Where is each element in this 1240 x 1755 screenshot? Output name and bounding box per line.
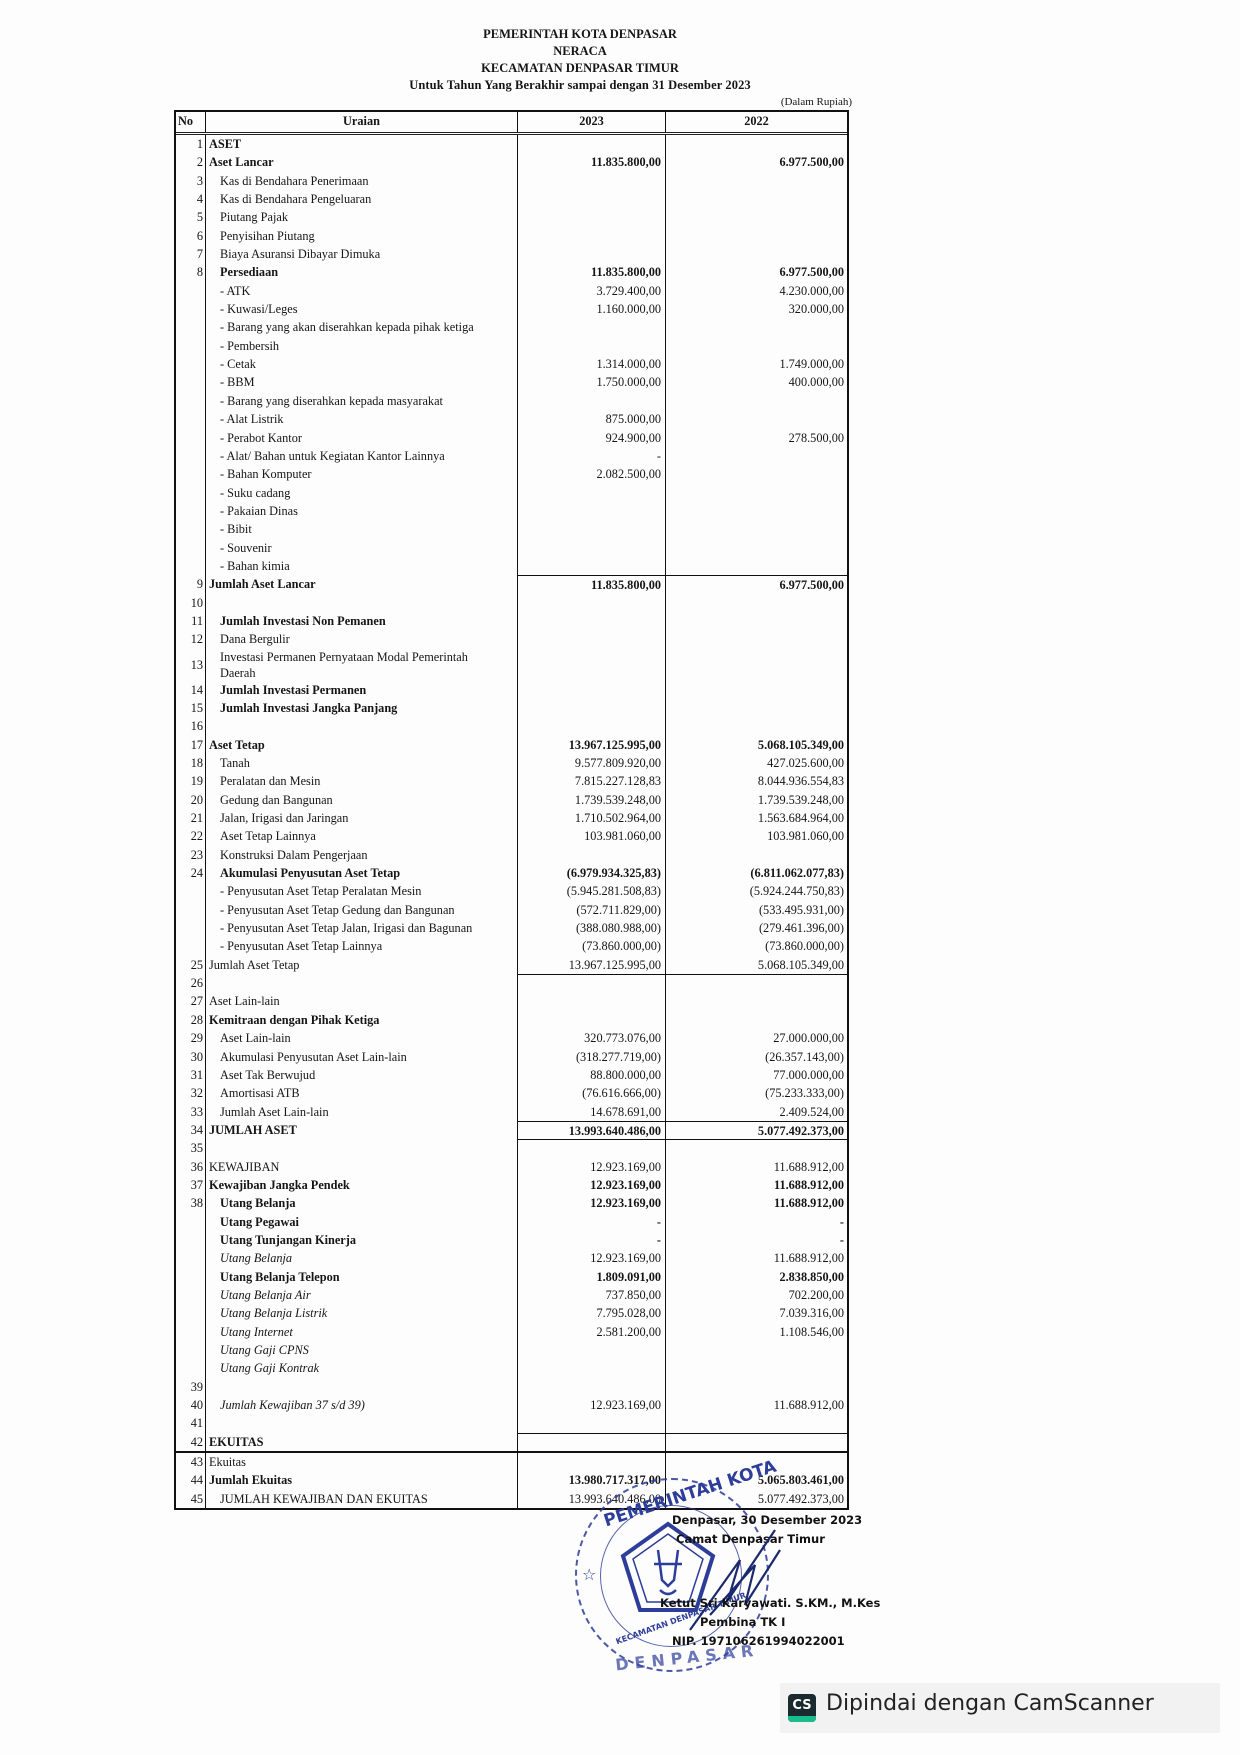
table-row: - Barang yang diserahkan kepada masyarak… [176, 392, 847, 410]
value-2022: - [666, 1231, 847, 1249]
value-2023: 2.082.500,00 [518, 465, 666, 483]
row-label: Dana Bergulir [206, 630, 518, 648]
row-label: - ATK [206, 282, 518, 300]
row-number [176, 539, 206, 557]
value-2022 [666, 447, 847, 465]
value-2023: 875.000,00 [518, 410, 666, 428]
value-2023 [518, 594, 666, 612]
table-row: 15Jumlah Investasi Jangka Panjang [176, 699, 847, 717]
row-label: Kewajiban Jangka Pendek [206, 1176, 518, 1194]
value-2023: 1.710.502.964,00 [518, 809, 666, 827]
table-row: - ATK3.729.400,004.230.000,00 [176, 282, 847, 300]
table-row: 27Aset Lain-lain [176, 992, 847, 1010]
row-label: - Cetak [206, 355, 518, 373]
value-2022 [666, 1011, 847, 1029]
row-label: Utang Internet [206, 1323, 518, 1341]
value-2022: 5.068.105.349,00 [666, 956, 847, 974]
value-2023: 11.835.800,00 [518, 263, 666, 281]
value-2023: 1.739.539.248,00 [518, 791, 666, 809]
row-number: 7 [176, 245, 206, 263]
table-row: 37Kewajiban Jangka Pendek12.923.169,0011… [176, 1176, 847, 1194]
row-label: Aset Lancar [206, 153, 518, 171]
row-number [176, 484, 206, 502]
signatory-name: Ketut Sri Karyawati. S.KM., M.Kes [660, 1596, 880, 1610]
column-header-no: No [176, 112, 206, 132]
value-2022 [666, 227, 847, 245]
table-row: - Souvenir [176, 539, 847, 557]
table-header-row: No Uraian 2023 2022 [176, 112, 847, 135]
table-row: 30Akumulasi Penyusutan Aset Lain-lain(31… [176, 1048, 847, 1066]
row-label: - Kuwasi/Leges [206, 300, 518, 318]
row-label: Akumulasi Penyusutan Aset Lain-lain [206, 1048, 518, 1066]
value-2022 [666, 245, 847, 263]
row-label: Investasi Permanen Pernyataan Modal Peme… [206, 649, 518, 681]
row-label: Gedung dan Bangunan [206, 791, 518, 809]
value-2023: (388.080.988,00) [518, 919, 666, 937]
row-label: Konstruksi Dalam Pengerjaan [206, 846, 518, 864]
value-2022: 400.000,00 [666, 373, 847, 391]
table-row: - Penyusutan Aset Tetap Lainnya(73.860.0… [176, 937, 847, 955]
row-label: - Alat/ Bahan untuk Kegiatan Kantor Lain… [206, 447, 518, 465]
table-row: - Bahan Komputer2.082.500,00 [176, 465, 847, 483]
row-number [176, 502, 206, 520]
value-2023: 9.577.809.920,00 [518, 754, 666, 772]
value-2023 [518, 245, 666, 263]
row-label: - Penyusutan Aset Tetap Gedung dan Bangu… [206, 901, 518, 919]
value-2022 [666, 465, 847, 483]
table-row: 35 [176, 1139, 847, 1157]
table-row: Utang Tunjangan Kinerja-- [176, 1231, 847, 1249]
row-number: 6 [176, 227, 206, 245]
document-subtitle-district: KECAMATAN DENPASAR TIMUR [300, 60, 860, 77]
row-label: Utang Belanja Air [206, 1286, 518, 1304]
value-2023: 1.809.091,00 [518, 1268, 666, 1286]
row-number [176, 901, 206, 919]
table-row: 13Investasi Permanen Pernyataan Modal Pe… [176, 649, 847, 681]
row-number: 20 [176, 791, 206, 809]
row-number: 24 [176, 864, 206, 882]
row-label: Utang Belanja Listrik [206, 1304, 518, 1322]
value-2023: 12.923.169,00 [518, 1249, 666, 1267]
row-number [176, 557, 206, 575]
value-2023: 1.160.000,00 [518, 300, 666, 318]
value-2023: 13.967.125.995,00 [518, 736, 666, 754]
row-label: - Pembersih [206, 337, 518, 355]
table-row: 21Jalan, Irigasi dan Jaringan1.710.502.9… [176, 809, 847, 827]
row-label: Peralatan dan Mesin [206, 772, 518, 790]
row-number: 22 [176, 827, 206, 845]
row-number [176, 392, 206, 410]
value-2023: 1.750.000,00 [518, 373, 666, 391]
value-2023 [518, 520, 666, 538]
stamp-star-icon: ☆ [582, 1565, 596, 1584]
table-row: 4Kas di Bendahara Pengeluaran [176, 190, 847, 208]
value-2023 [518, 318, 666, 336]
row-number [176, 1341, 206, 1359]
row-number [176, 520, 206, 538]
row-label: Jumlah Aset Tetap [206, 956, 518, 974]
row-number: 8 [176, 263, 206, 281]
row-number [176, 355, 206, 373]
row-number: 10 [176, 594, 206, 612]
value-2022 [666, 557, 847, 575]
value-2023: (6.979.934.325,83) [518, 864, 666, 882]
value-2022 [666, 520, 847, 538]
row-label: Utang Gaji CPNS [206, 1341, 518, 1359]
value-2023: (318.277.719,00) [518, 1048, 666, 1066]
value-2023: 1.314.000,00 [518, 355, 666, 373]
row-label: Utang Gaji Kontrak [206, 1359, 518, 1377]
row-number: 44 [176, 1471, 206, 1489]
table-row: 33Jumlah Aset Lain-lain14.678.691,002.40… [176, 1103, 847, 1121]
row-number: 1 [176, 135, 206, 153]
row-number [176, 410, 206, 428]
value-2023 [518, 557, 666, 575]
row-number: 27 [176, 992, 206, 1010]
value-2023: 14.678.691,00 [518, 1103, 666, 1121]
row-label: - Barang yang akan diserahkan kepada pih… [206, 318, 518, 336]
row-label: JUMLAH KEWAJIBAN DAN EKUITAS [206, 1490, 518, 1508]
value-2022: 6.977.500,00 [666, 575, 847, 593]
value-2023 [518, 681, 666, 699]
value-2022 [666, 1341, 847, 1359]
value-2023 [518, 717, 666, 735]
table-row: 28Kemitraan dengan Pihak Ketiga [176, 1011, 847, 1029]
value-2023: (5.945.281.508,83) [518, 882, 666, 900]
table-row: 1ASET [176, 135, 847, 153]
value-2022 [666, 612, 847, 630]
value-2022 [666, 699, 847, 717]
value-2022: (75.233.333,00) [666, 1084, 847, 1102]
row-number: 28 [176, 1011, 206, 1029]
value-2022 [666, 681, 847, 699]
value-2022: 6.977.500,00 [666, 263, 847, 281]
value-2022 [666, 846, 847, 864]
value-2023 [518, 846, 666, 864]
balance-sheet-table: No Uraian 2023 2022 1ASET2Aset Lancar11.… [174, 110, 849, 1510]
value-2023 [518, 1359, 666, 1377]
value-2022 [666, 974, 847, 992]
row-number: 31 [176, 1066, 206, 1084]
value-2023: 11.835.800,00 [518, 153, 666, 171]
row-label: Utang Belanja [206, 1194, 518, 1212]
value-2022 [666, 717, 847, 735]
row-label: Jumlah Investasi Jangka Panjang [206, 699, 518, 717]
value-2022: 77.000.000,00 [666, 1066, 847, 1084]
row-number: 25 [176, 956, 206, 974]
value-2023: 2.581.200,00 [518, 1323, 666, 1341]
table-row: 39 [176, 1378, 847, 1396]
table-row: 2Aset Lancar11.835.800,006.977.500,00 [176, 153, 847, 171]
value-2022: 103.981.060,00 [666, 827, 847, 845]
row-label: - Bahan kimia [206, 557, 518, 575]
value-2023: 7.795.028,00 [518, 1304, 666, 1322]
row-number: 19 [176, 772, 206, 790]
value-2023: 12.923.169,00 [518, 1158, 666, 1176]
value-2023 [518, 699, 666, 717]
value-2022: 320.000,00 [666, 300, 847, 318]
row-number: 16 [176, 717, 206, 735]
row-label: Piutang Pajak [206, 208, 518, 226]
table-row: - Bahan kimia [176, 557, 847, 575]
value-2023: 13.993.640.486,00 [518, 1121, 666, 1139]
row-label: Aset Lain-lain [206, 992, 518, 1010]
value-2022 [666, 1414, 847, 1432]
value-2023: 12.923.169,00 [518, 1194, 666, 1212]
row-number: 30 [176, 1048, 206, 1066]
row-number: 36 [176, 1158, 206, 1176]
row-number: 13 [176, 649, 206, 681]
row-number: 39 [176, 1378, 206, 1396]
table-row: 3Kas di Bendahara Penerimaan [176, 172, 847, 190]
row-number: 35 [176, 1139, 206, 1157]
table-row: 32Amortisasi ATB(76.616.666,00)(75.233.3… [176, 1084, 847, 1102]
value-2022 [666, 1139, 847, 1157]
row-number: 34 [176, 1121, 206, 1139]
table-row: 5Piutang Pajak [176, 208, 847, 226]
row-label [206, 1414, 518, 1432]
row-label: Aset Tetap [206, 736, 518, 754]
value-2022 [666, 992, 847, 1010]
row-number: 37 [176, 1176, 206, 1194]
row-number: 14 [176, 681, 206, 699]
value-2023 [518, 1378, 666, 1396]
row-number [176, 318, 206, 336]
value-2022 [666, 172, 847, 190]
row-number [176, 337, 206, 355]
signatory-rank: Pembina TK I [700, 1615, 785, 1629]
value-2022: 278.500,00 [666, 429, 847, 447]
row-label: ASET [206, 135, 518, 153]
row-label: Jumlah Kewajiban 37 s/d 39) [206, 1396, 518, 1414]
row-number [176, 429, 206, 447]
value-2022: 11.688.912,00 [666, 1176, 847, 1194]
value-2023: - [518, 447, 666, 465]
table-row: 11Jumlah Investasi Non Pemanen [176, 612, 847, 630]
row-label: Kemitraan dengan Pihak Ketiga [206, 1011, 518, 1029]
row-number: 15 [176, 699, 206, 717]
row-label: Ekuitas [206, 1453, 518, 1471]
table-row: - Kuwasi/Leges1.160.000,00320.000,00 [176, 300, 847, 318]
row-label: - Alat Listrik [206, 410, 518, 428]
table-row: - Barang yang akan diserahkan kepada pih… [176, 318, 847, 336]
row-label [206, 1378, 518, 1396]
table-row: - Penyusutan Aset Tetap Peralatan Mesin(… [176, 882, 847, 900]
table-row: Utang Belanja Listrik7.795.028,007.039.3… [176, 1304, 847, 1322]
row-number: 33 [176, 1103, 206, 1121]
row-label: - Pakaian Dinas [206, 502, 518, 520]
row-label: JUMLAH ASET [206, 1121, 518, 1139]
value-2022 [666, 337, 847, 355]
table-row: Utang Gaji Kontrak [176, 1359, 847, 1377]
value-2022: 8.044.936.554,83 [666, 772, 847, 790]
value-2023 [518, 337, 666, 355]
row-number: 3 [176, 172, 206, 190]
value-2023: - [518, 1213, 666, 1231]
table-row: - Alat Listrik875.000,00 [176, 410, 847, 428]
table-row: Utang Belanja Telepon1.809.091,002.838.8… [176, 1268, 847, 1286]
row-number: 42 [176, 1433, 206, 1451]
table-row: 41 [176, 1414, 847, 1432]
row-number: 38 [176, 1194, 206, 1212]
value-2023 [518, 992, 666, 1010]
table-row: 23Konstruksi Dalam Pengerjaan [176, 846, 847, 864]
value-2022 [666, 190, 847, 208]
table-row: 16 [176, 717, 847, 735]
row-label: Tanah [206, 754, 518, 772]
row-number [176, 1213, 206, 1231]
table-row: Utang Belanja Air737.850,00702.200,00 [176, 1286, 847, 1304]
table-row: - Pembersih [176, 337, 847, 355]
table-row: 40Jumlah Kewajiban 37 s/d 39)12.923.169,… [176, 1396, 847, 1414]
table-row: - Penyusutan Aset Tetap Gedung dan Bangu… [176, 901, 847, 919]
value-2023 [518, 1011, 666, 1029]
row-number: 17 [176, 736, 206, 754]
value-2022: 11.688.912,00 [666, 1396, 847, 1414]
table-row: 8Persediaan11.835.800,006.977.500,00 [176, 263, 847, 281]
table-row: 12Dana Bergulir [176, 630, 847, 648]
row-label: Utang Belanja [206, 1249, 518, 1267]
column-header-2022: 2022 [666, 112, 847, 132]
value-2023: 3.729.400,00 [518, 282, 666, 300]
row-label: Amortisasi ATB [206, 1084, 518, 1102]
value-2023: (76.616.666,00) [518, 1084, 666, 1102]
table-row: 7Biaya Asuransi Dibayar Dimuka [176, 245, 847, 263]
value-2022: 1.749.000,00 [666, 355, 847, 373]
camscanner-watermark-text: Dipindai dengan CamScanner [826, 1691, 1154, 1716]
value-2023 [518, 649, 666, 681]
row-number [176, 373, 206, 391]
table-row: 19Peralatan dan Mesin7.815.227.128,838.0… [176, 772, 847, 790]
value-2023 [518, 190, 666, 208]
value-2022 [666, 1433, 847, 1451]
row-label: - Bibit [206, 520, 518, 538]
value-2023 [518, 1139, 666, 1157]
row-label: Jalan, Irigasi dan Jaringan [206, 809, 518, 827]
row-number: 32 [176, 1084, 206, 1102]
value-2023 [518, 172, 666, 190]
value-2022 [666, 502, 847, 520]
row-number: 26 [176, 974, 206, 992]
table-row: 36KEWAJIBAN12.923.169,0011.688.912,00 [176, 1158, 847, 1176]
value-2023 [518, 208, 666, 226]
table-row: 45JUMLAH KEWAJIBAN DAN EKUITAS13.993.640… [176, 1490, 847, 1508]
row-number [176, 1249, 206, 1267]
table-row: 9Jumlah Aset Lancar11.835.800,006.977.50… [176, 575, 847, 593]
value-2022 [666, 410, 847, 428]
row-label: Utang Belanja Telepon [206, 1268, 518, 1286]
table-row: 17Aset Tetap13.967.125.995,005.068.105.3… [176, 736, 847, 754]
row-label: Biaya Asuransi Dibayar Dimuka [206, 245, 518, 263]
row-number: 21 [176, 809, 206, 827]
row-label: EKUITAS [206, 1433, 518, 1451]
column-header-2023: 2023 [518, 112, 666, 132]
row-number: 45 [176, 1490, 206, 1508]
table-row: Utang Internet2.581.200,001.108.546,00 [176, 1323, 847, 1341]
value-2023: 11.835.800,00 [518, 575, 666, 593]
table-row: 26 [176, 974, 847, 992]
table-row: - Pakaian Dinas [176, 502, 847, 520]
row-label: - Penyusutan Aset Tetap Peralatan Mesin [206, 882, 518, 900]
value-2023 [518, 1453, 666, 1471]
row-label: Jumlah Investasi Non Pemanen [206, 612, 518, 630]
value-2022: 11.688.912,00 [666, 1249, 847, 1267]
value-2023: 12.923.169,00 [518, 1396, 666, 1414]
value-2022: (73.860.000,00) [666, 937, 847, 955]
value-2023 [518, 630, 666, 648]
row-number: 4 [176, 190, 206, 208]
row-number: 43 [176, 1453, 206, 1471]
value-2023 [518, 1414, 666, 1432]
row-number: 29 [176, 1029, 206, 1047]
row-label: Aset Tak Berwujud [206, 1066, 518, 1084]
value-2023: 320.773.076,00 [518, 1029, 666, 1047]
value-2022 [666, 594, 847, 612]
value-2023 [518, 135, 666, 153]
row-number: 9 [176, 575, 206, 593]
value-2023: 7.815.227.128,83 [518, 772, 666, 790]
value-2022: 7.039.316,00 [666, 1304, 847, 1322]
value-2022 [666, 208, 847, 226]
row-number [176, 1304, 206, 1322]
value-2022: (6.811.062.077,83) [666, 864, 847, 882]
value-2023: - [518, 1231, 666, 1249]
value-2023: 88.800.000,00 [518, 1066, 666, 1084]
table-row: - Perabot Kantor924.900,00278.500,00 [176, 429, 847, 447]
scanned-document-page: PEMERINTAH KOTA DENPASAR NERACA KECAMATA… [0, 0, 1240, 1755]
document-title: NERACA [300, 43, 860, 60]
table-row: - Cetak1.314.000,001.749.000,00 [176, 355, 847, 373]
row-label: Aset Lain-lain [206, 1029, 518, 1047]
table-row: 42EKUITAS [176, 1433, 847, 1451]
value-2022 [666, 539, 847, 557]
value-2022: 2.409.524,00 [666, 1103, 847, 1121]
value-2022: (26.357.143,00) [666, 1048, 847, 1066]
value-2022 [666, 318, 847, 336]
value-2023: 924.900,00 [518, 429, 666, 447]
value-2023: (73.860.000,00) [518, 937, 666, 955]
signatory-nip: NIP. 197106261994022001 [672, 1634, 845, 1648]
row-label: Jumlah Ekuitas [206, 1471, 518, 1489]
row-label: Kas di Bendahara Penerimaan [206, 172, 518, 190]
value-2023 [518, 1433, 666, 1451]
value-2023 [518, 484, 666, 502]
row-number: 5 [176, 208, 206, 226]
currency-unit-note: (Dalam Rupiah) [770, 96, 852, 108]
value-2022: (533.495.931,00) [666, 901, 847, 919]
camscanner-logo-icon: CS [788, 1694, 816, 1722]
table-row: 22Aset Tetap Lainnya103.981.060,00103.98… [176, 827, 847, 845]
table-row: 29Aset Lain-lain320.773.076,0027.000.000… [176, 1029, 847, 1047]
row-number [176, 465, 206, 483]
table-row: 10 [176, 594, 847, 612]
row-label: - Penyusutan Aset Tetap Lainnya [206, 937, 518, 955]
value-2022: 11.688.912,00 [666, 1158, 847, 1176]
value-2022 [666, 1378, 847, 1396]
value-2022: 5.068.105.349,00 [666, 736, 847, 754]
table-row: Utang Pegawai-- [176, 1213, 847, 1231]
value-2022: 5.077.492.373,00 [666, 1121, 847, 1139]
row-number: 18 [176, 754, 206, 772]
row-number [176, 882, 206, 900]
row-label: Akumulasi Penyusutan Aset Tetap [206, 864, 518, 882]
value-2022: 11.688.912,00 [666, 1194, 847, 1212]
row-number [176, 1359, 206, 1377]
table-row: - Alat/ Bahan untuk Kegiatan Kantor Lain… [176, 447, 847, 465]
row-number: 12 [176, 630, 206, 648]
value-2022: (279.461.396,00) [666, 919, 847, 937]
table-row: 14Jumlah Investasi Permanen [176, 681, 847, 699]
